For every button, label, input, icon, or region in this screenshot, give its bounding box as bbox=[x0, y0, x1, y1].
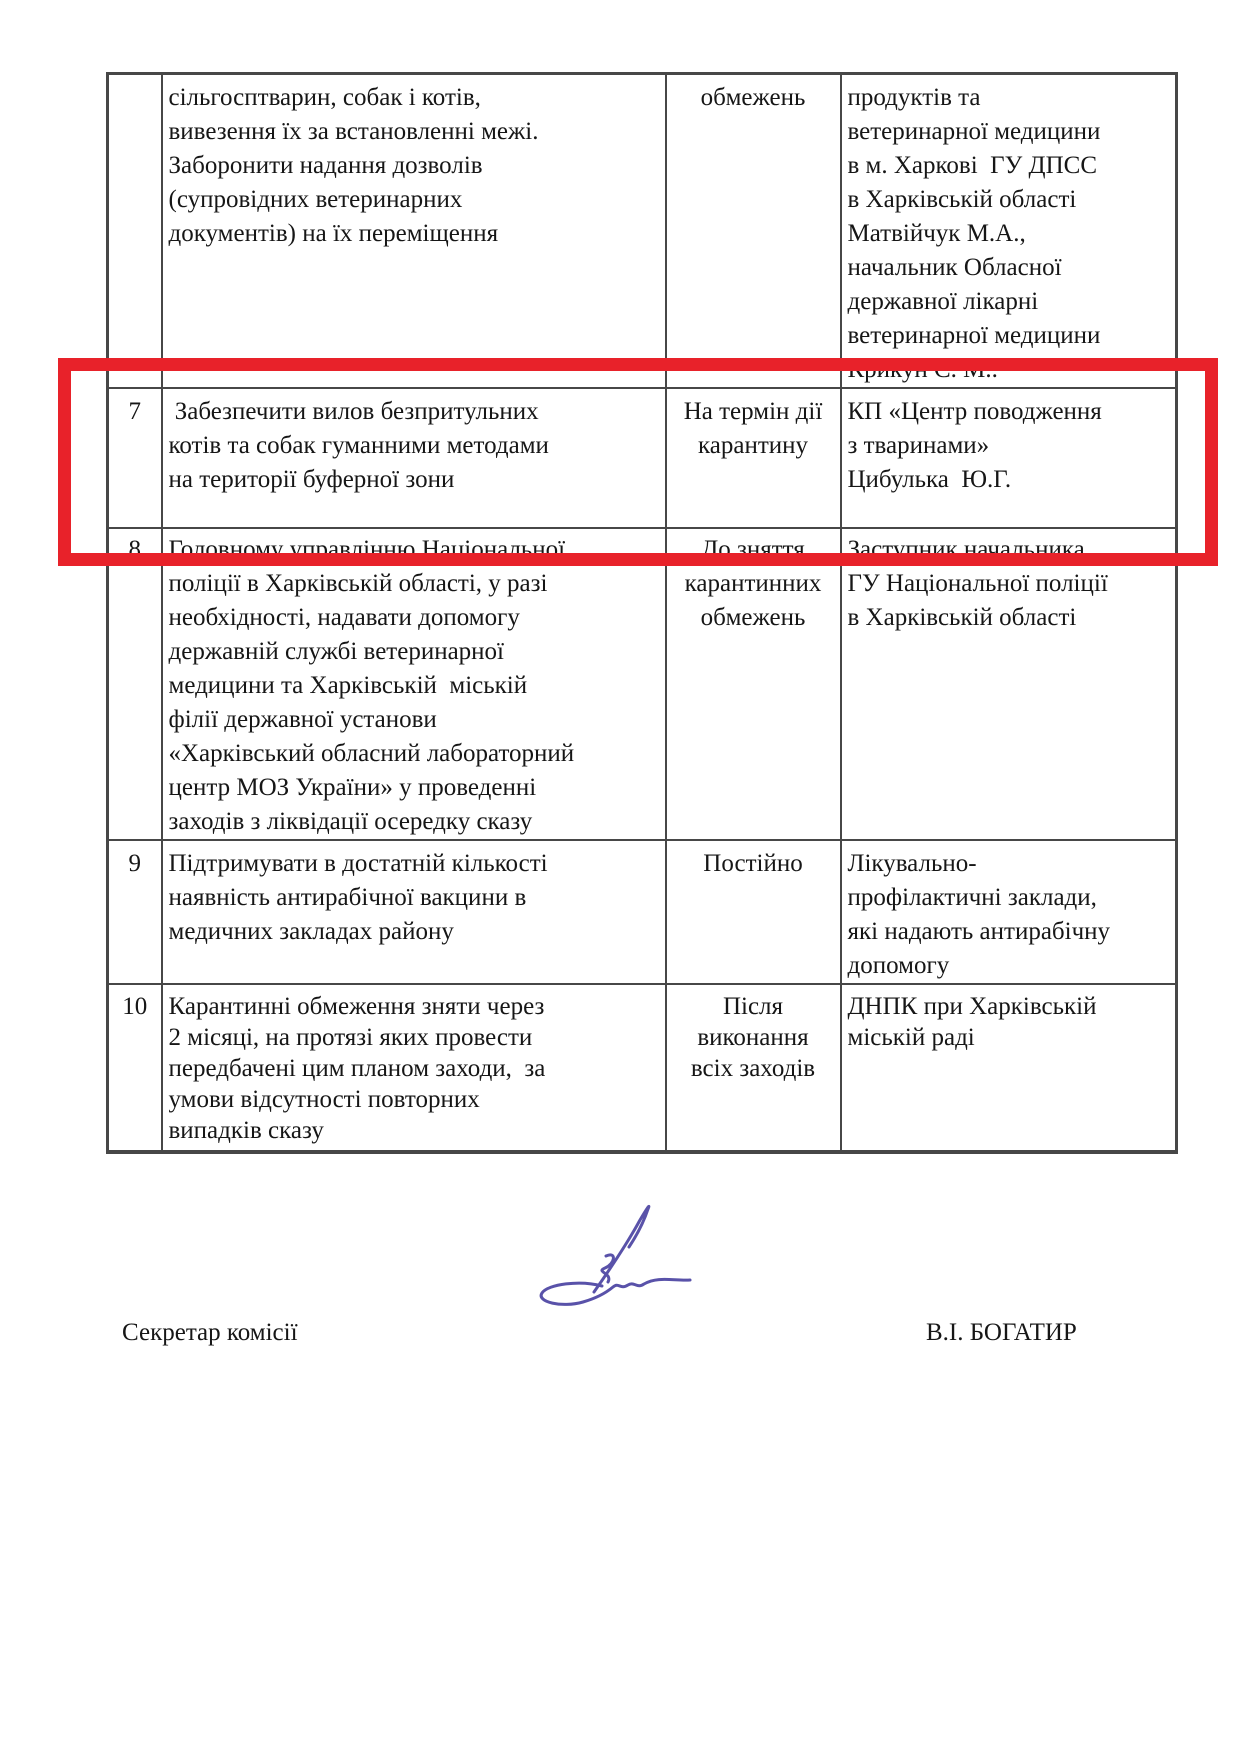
cell-action: сільгосптварин, собак і котів, вивезення… bbox=[162, 74, 666, 389]
table-row-continuation: сільгосптварин, собак і котів, вивезення… bbox=[108, 74, 1177, 389]
cell-action: Підтримувати в достатній кількості наявн… bbox=[162, 840, 666, 984]
cell-responsible: КП «Центр поводження з тваринами» Цибуль… bbox=[841, 388, 1177, 528]
quarantine-measures-table: сільгосптварин, собак і котів, вивезення… bbox=[106, 72, 1178, 1154]
cell-number: 10 bbox=[108, 984, 162, 1152]
cell-responsible: ДНПК при Харківській міській раді bbox=[841, 984, 1177, 1152]
cell-term: На термін дії карантину bbox=[666, 388, 841, 528]
cell-number bbox=[108, 74, 162, 389]
cell-action: Головному управлінню Національної поліці… bbox=[162, 528, 666, 840]
signer-name: В.І. БОГАТИР bbox=[926, 1316, 1077, 1350]
document-page: сільгосптварин, собак і котів, вивезення… bbox=[0, 0, 1240, 1755]
cell-number: 9 bbox=[108, 840, 162, 984]
signature-ink bbox=[520, 1180, 740, 1420]
table-row-8: 8 Головному управлінню Національної полі… bbox=[108, 528, 1177, 840]
cell-term: До зняття карантинних обмежень bbox=[666, 528, 841, 840]
table-row-9: 9 Підтримувати в достатній кількості ная… bbox=[108, 840, 1177, 984]
table-row-7: 7 Забезпечити вилов безпритульних котів … bbox=[108, 388, 1177, 528]
cell-term: Після виконання всіх заходів bbox=[666, 984, 841, 1152]
table-row-10: 10 Карантинні обмеження зняти через 2 мі… bbox=[108, 984, 1177, 1152]
cell-number: 8 bbox=[108, 528, 162, 840]
cell-responsible: Лікувально- профілактичні заклади, які н… bbox=[841, 840, 1177, 984]
signer-role-label: Секретар комісії bbox=[122, 1316, 298, 1350]
cell-term: обмежень bbox=[666, 74, 841, 389]
cell-action: Карантинні обмеження зняти через 2 місяц… bbox=[162, 984, 666, 1152]
cell-action: Забезпечити вилов безпритульних котів та… bbox=[162, 388, 666, 528]
cell-term: Постійно bbox=[666, 840, 841, 984]
cell-responsible: Заступник начальника ГУ Національної пол… bbox=[841, 528, 1177, 840]
cell-number: 7 bbox=[108, 388, 162, 528]
cell-responsible: продуктів та ветеринарної медицини в м. … bbox=[841, 74, 1177, 389]
